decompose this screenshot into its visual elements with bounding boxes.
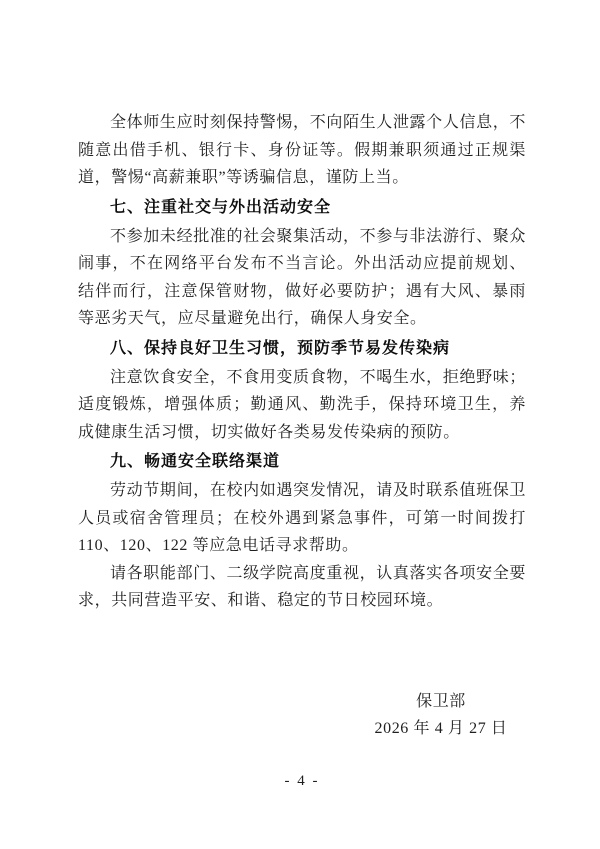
section-9-body: 劳动节期间，在校内如遇突发情况，请及时联系值班保卫人员或宿舍管理员；在校外遇到紧… xyxy=(78,477,526,560)
signature-date: 2026 年 4 月 27 日 xyxy=(356,715,526,743)
intro-paragraph: 全体师生应时刻保持警惕，不向陌生人泄露个人信息，不随意出借手机、银行卡、身份证等… xyxy=(78,109,526,192)
section-9-heading: 九、畅通安全联络渠道 xyxy=(78,448,526,476)
signature-department: 保卫部 xyxy=(356,688,526,716)
section-8-body: 注意饮食安全，不食用变质食物，不喝生水，拒绝野味；适度锻炼，增强体质；勤通风、勤… xyxy=(78,364,526,447)
page-number: - 4 - xyxy=(78,768,526,796)
section-8-heading: 八、保持良好卫生习惯，预防季节易发传染病 xyxy=(78,335,526,363)
section-7-heading: 七、注重社交与外出活动安全 xyxy=(78,194,526,222)
signature-block: 保卫部 2026 年 4 月 27 日 xyxy=(356,688,526,743)
document-page: 全体师生应时刻保持警惕，不向陌生人泄露个人信息，不随意出借手机、银行卡、身份证等… xyxy=(0,0,600,849)
section-7-body: 不参加未经批准的社会聚集活动，不参与非法游行、聚众闹事，不在网络平台发布不当言论… xyxy=(78,223,526,333)
closing-paragraph: 请各职能部门、二级学院高度重视，认真落实各项安全要求，共同营造平安、和谐、稳定的… xyxy=(78,560,526,615)
